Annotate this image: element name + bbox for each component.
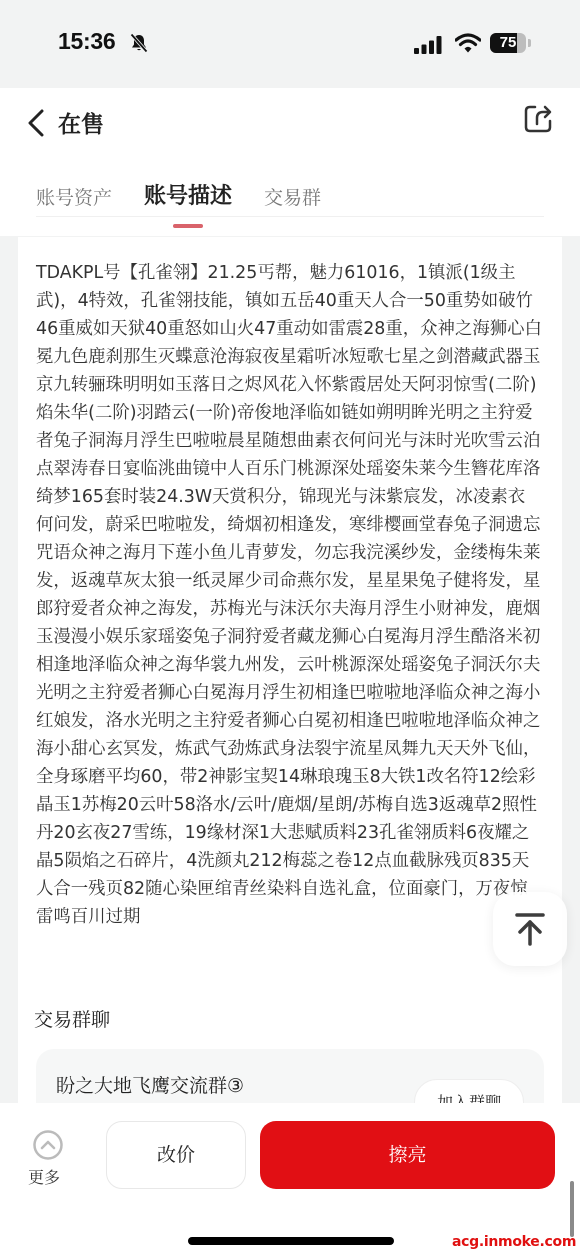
battery-nub <box>528 39 531 47</box>
watermark: acg.inmoke.com <box>452 1234 576 1250</box>
share-button[interactable] <box>523 102 553 134</box>
battery-level: 75 <box>490 33 526 53</box>
tab-account-description[interactable]: 账号描述 <box>144 179 232 216</box>
reprice-button[interactable]: 改价 <box>106 1121 246 1189</box>
trade-group-section-title: 交易群聊 <box>34 1005 110 1032</box>
tab-bar: 账号资产 账号描述 交易群 <box>36 176 353 216</box>
header: 在售 账号资产 账号描述 交易群 <box>0 88 580 236</box>
cellular-signal-icon <box>414 36 444 54</box>
tab-trade-group[interactable]: 交易群 <box>264 183 321 216</box>
status-bar: 15:36 75 <box>0 0 580 88</box>
tabs-divider <box>36 216 544 217</box>
page-title: 在售 <box>58 106 104 139</box>
description-card: TDAKPL号【孔雀翎】21.25丐帮，魅力61016，1镇派(1级主武)，4特… <box>18 237 562 1107</box>
arrow-up-to-top-icon <box>515 912 545 946</box>
tab-account-assets[interactable]: 账号资产 <box>36 183 112 216</box>
scroll-to-top-button[interactable] <box>493 892 567 966</box>
polish-button[interactable]: 擦亮 <box>260 1121 555 1189</box>
home-indicator[interactable] <box>188 1237 394 1245</box>
more-button[interactable]: 更多 <box>28 1127 72 1193</box>
more-label: 更多 <box>28 1165 72 1188</box>
group-name: 盼之大地飞鹰交流群③ <box>56 1071 244 1098</box>
account-description-text: TDAKPL号【孔雀翎】21.25丐帮，魅力61016，1镇派(1级主武)，4特… <box>36 259 542 931</box>
wifi-icon <box>455 33 481 53</box>
chevron-left-icon <box>24 108 50 138</box>
status-time: 15:36 <box>58 28 115 55</box>
battery-indicator: 75 <box>490 33 526 53</box>
share-icon <box>523 102 553 134</box>
chevron-up-circle-icon <box>32 1129 64 1161</box>
bell-slash-icon <box>128 32 150 54</box>
back-button[interactable] <box>24 108 50 138</box>
trade-group-card: 盼之大地飞鹰交流群③ 加入群聊 <box>36 1049 544 1107</box>
scrollbar[interactable] <box>570 1181 574 1237</box>
